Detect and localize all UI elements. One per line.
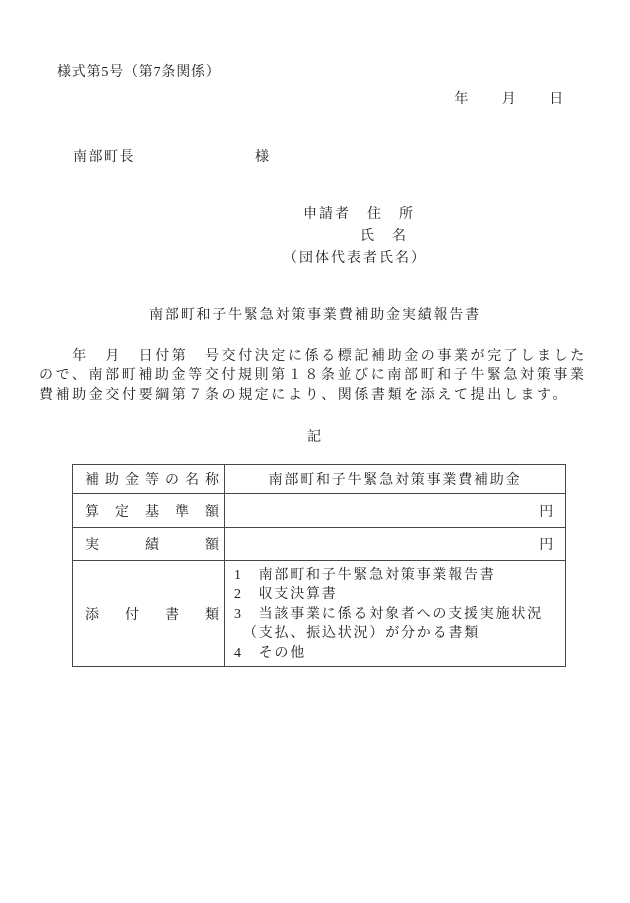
report-form-page: 様式第5号（第7条関係） 年 月 日 南部町長様 申請者 住 所 氏 名 （団体… <box>0 0 630 903</box>
calculation-base-amount-cell: 円 <box>225 494 566 528</box>
table-row-attachments: 添付書類 1 南部町和子牛緊急対策事業報告書 2 収支決算書 3 当該事業に係る… <box>73 561 566 667</box>
table-row-subsidy-name: 補助金等の名称 南部町和子牛緊急対策事業費補助金 <box>73 465 566 494</box>
applicant-block: 申請者 住 所 氏 名 （団体代表者氏名） <box>283 204 427 270</box>
document-title: 南部町和子牛緊急対策事業費補助金実績報告書 <box>0 304 630 324</box>
attachment-item-2: 2 収支決算書 <box>234 585 559 604</box>
applicant-name-label: 氏 名 <box>283 226 427 248</box>
yen-unit-label: 円 <box>539 505 555 520</box>
subsidy-name-value-cell: 南部町和子牛緊急対策事業費補助金 <box>225 465 566 494</box>
attachments-label-cell: 添付書類 <box>73 561 225 667</box>
body-paragraph: 年 月 日付第 号交付決定に係る標記補助金の事業が完了しました ので、南部町補助… <box>39 347 595 405</box>
table-row-calculation-base: 算定基準額 円 <box>73 494 566 528</box>
applicant-representative-label: （団体代表者氏名） <box>283 248 427 270</box>
body-line-3: 費補助金交付要綱第７条の規定により、関係書類を添えて提出します。 <box>39 386 595 405</box>
addressee-line: 南部町長様 <box>73 146 271 166</box>
subsidy-name-label: 補助金等の名称 <box>85 469 219 489</box>
yen-unit-label: 円 <box>539 538 555 553</box>
form-number: 様式第5号（第7条関係） <box>57 61 221 81</box>
attachments-label: 添付書類 <box>85 604 219 624</box>
attachment-item-3: 3 当該事業に係る対象者への支援実施状況 <box>234 605 559 624</box>
calculation-base-label-cell: 算定基準額 <box>73 494 225 528</box>
subsidy-name-label-cell: 補助金等の名称 <box>73 465 225 494</box>
table-row-actual-amount: 実績額 円 <box>73 528 566 561</box>
attachment-item-1: 1 南部町和子牛緊急対策事業報告書 <box>234 566 559 585</box>
actual-amount-label: 実績額 <box>85 534 219 554</box>
body-line-2: ので、南部町補助金等交付規則第１８条並びに南部町和子牛緊急対策事業 <box>39 366 595 385</box>
actual-amount-label-cell: 実績額 <box>73 528 225 561</box>
attachment-item-4: 4 その他 <box>234 644 559 663</box>
addressee-name: 南部町長 <box>73 146 255 166</box>
attachments-list-cell: 1 南部町和子牛緊急対策事業報告書 2 収支決算書 3 当該事業に係る対象者への… <box>225 561 566 667</box>
report-table: 補助金等の名称 南部町和子牛緊急対策事業費補助金 算定基準額 円 実績額 円 添… <box>72 464 566 667</box>
date-line: 年 月 日 <box>0 88 565 108</box>
body-line-1: 年 月 日付第 号交付決定に係る標記補助金の事業が完了しました <box>39 347 595 366</box>
addressee-honorific: 様 <box>255 150 271 165</box>
attachment-item-3-continued: （支払、振込状況）が分かる書類 <box>234 624 559 643</box>
applicant-address-label: 申請者 住 所 <box>283 204 427 226</box>
section-marker-ki: 記 <box>0 426 630 446</box>
calculation-base-label: 算定基準額 <box>85 501 219 521</box>
actual-amount-cell: 円 <box>225 528 566 561</box>
